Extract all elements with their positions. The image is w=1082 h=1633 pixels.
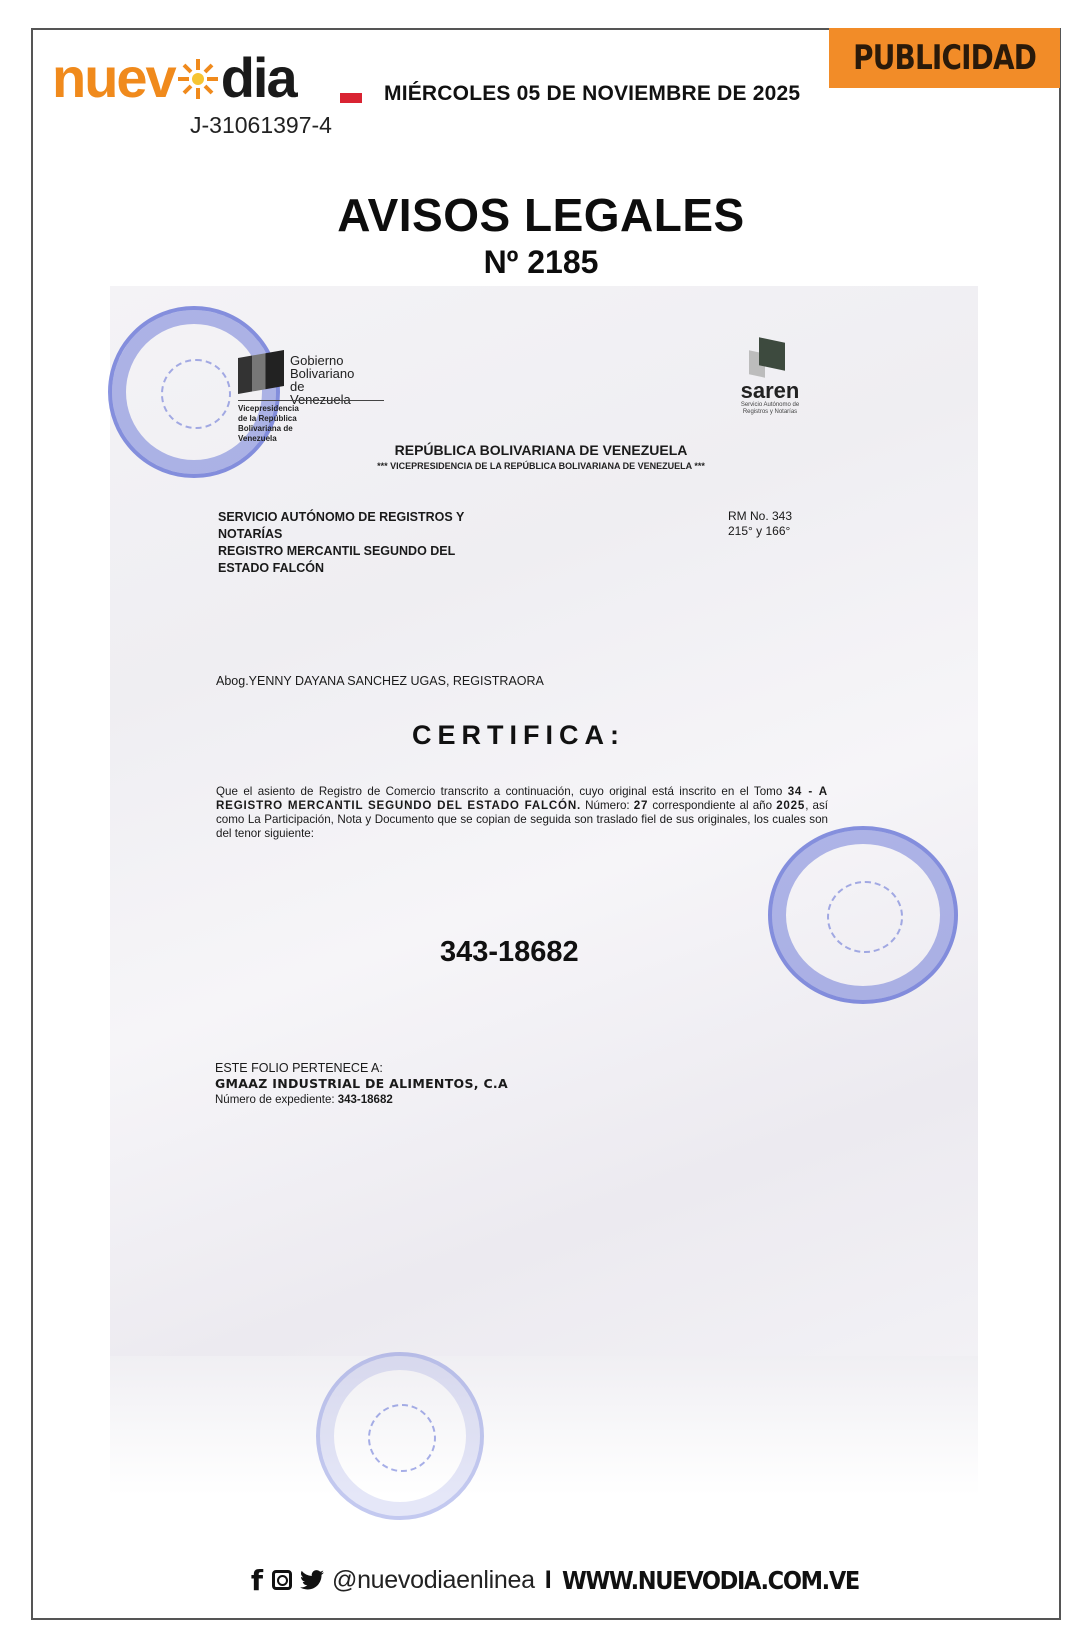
footer-separator: I bbox=[545, 1566, 552, 1595]
divider bbox=[238, 400, 384, 401]
saren-name: saren bbox=[730, 380, 810, 402]
scan-fade bbox=[110, 1356, 978, 1496]
republic-heading: REPÚBLICA BOLIVARIANA DE VENEZUELA bbox=[0, 442, 1082, 458]
logo-text-part1: nuev bbox=[52, 46, 175, 109]
expediente-line: Número de expediente: 343-18682 bbox=[215, 1092, 508, 1108]
government-logo-subtitle: Vicepresidencia de la República Bolivari… bbox=[238, 404, 299, 444]
vicepresidency-heading: *** VICEPRESIDENCIA DE LA REPÚBLICA BOLI… bbox=[0, 461, 1082, 471]
sun-icon bbox=[176, 57, 220, 101]
publication-date: MIÉRCOLES 05 DE NOVIEMBRE DE 2025 bbox=[384, 82, 800, 106]
saren-logo: saren Servicio Autónomo de Registros y N… bbox=[730, 340, 810, 416]
rif-number: J-31061397-4 bbox=[190, 112, 332, 139]
footer: f @nuevodiaenlinea I WWW.NUEVODIA.COM.VE bbox=[250, 1560, 892, 1600]
facebook-icon[interactable]: f bbox=[250, 1564, 264, 1597]
company-name: GMAAZ INDUSTRIAL DE ALIMENTOS, C.A bbox=[215, 1076, 508, 1092]
logo-accent-bar bbox=[340, 93, 362, 103]
folio-label: ESTE FOLIO PERTENECE A: bbox=[215, 1060, 508, 1076]
registry-number: 27 bbox=[634, 799, 649, 812]
government-logo-name: Gobierno Bolivariano de Venezuela bbox=[290, 354, 354, 406]
page-title: AVISOS LEGALES bbox=[0, 188, 1082, 242]
saren-subtitle: Servicio Autónomo de Registros y Notaría… bbox=[730, 402, 810, 416]
organization-block: SERVICIO AUTÓNOMO DE REGISTROS Y NOTARÍA… bbox=[218, 509, 464, 577]
folio-block: ESTE FOLIO PERTENECE A: GMAAZ INDUSTRIAL… bbox=[215, 1060, 508, 1108]
certification-body: Que el asiento de Registro de Comercio t… bbox=[216, 785, 828, 841]
registry-year: 2025 bbox=[776, 799, 805, 812]
notice-number: Nº 2185 bbox=[0, 244, 1082, 281]
registry-reference: RM No. 343 215° y 166° bbox=[728, 509, 792, 539]
official-seal-icon bbox=[768, 826, 958, 1004]
official-seal-icon bbox=[316, 1352, 484, 1520]
saren-mark-icon bbox=[745, 340, 795, 380]
expediente-number: 343-18682 bbox=[338, 1094, 393, 1106]
nuevodia-logo: nuev dia bbox=[52, 48, 352, 108]
logo-text-part2: dia bbox=[221, 46, 296, 109]
registrar-name: Abog.YENNY DAYANA SANCHEZ UGAS, REGISTRA… bbox=[216, 674, 544, 688]
file-number: 343-18682 bbox=[440, 936, 579, 969]
instagram-icon[interactable] bbox=[272, 1570, 292, 1590]
certifica-heading: CERTIFICA: bbox=[412, 720, 625, 751]
website-link[interactable]: WWW.NUEVODIA.COM.VE bbox=[562, 1566, 859, 1595]
section-tag: PUBLICIDAD bbox=[829, 28, 1060, 88]
twitter-icon[interactable] bbox=[300, 1569, 324, 1591]
social-handle[interactable]: @nuevodiaenlinea bbox=[332, 1566, 535, 1595]
